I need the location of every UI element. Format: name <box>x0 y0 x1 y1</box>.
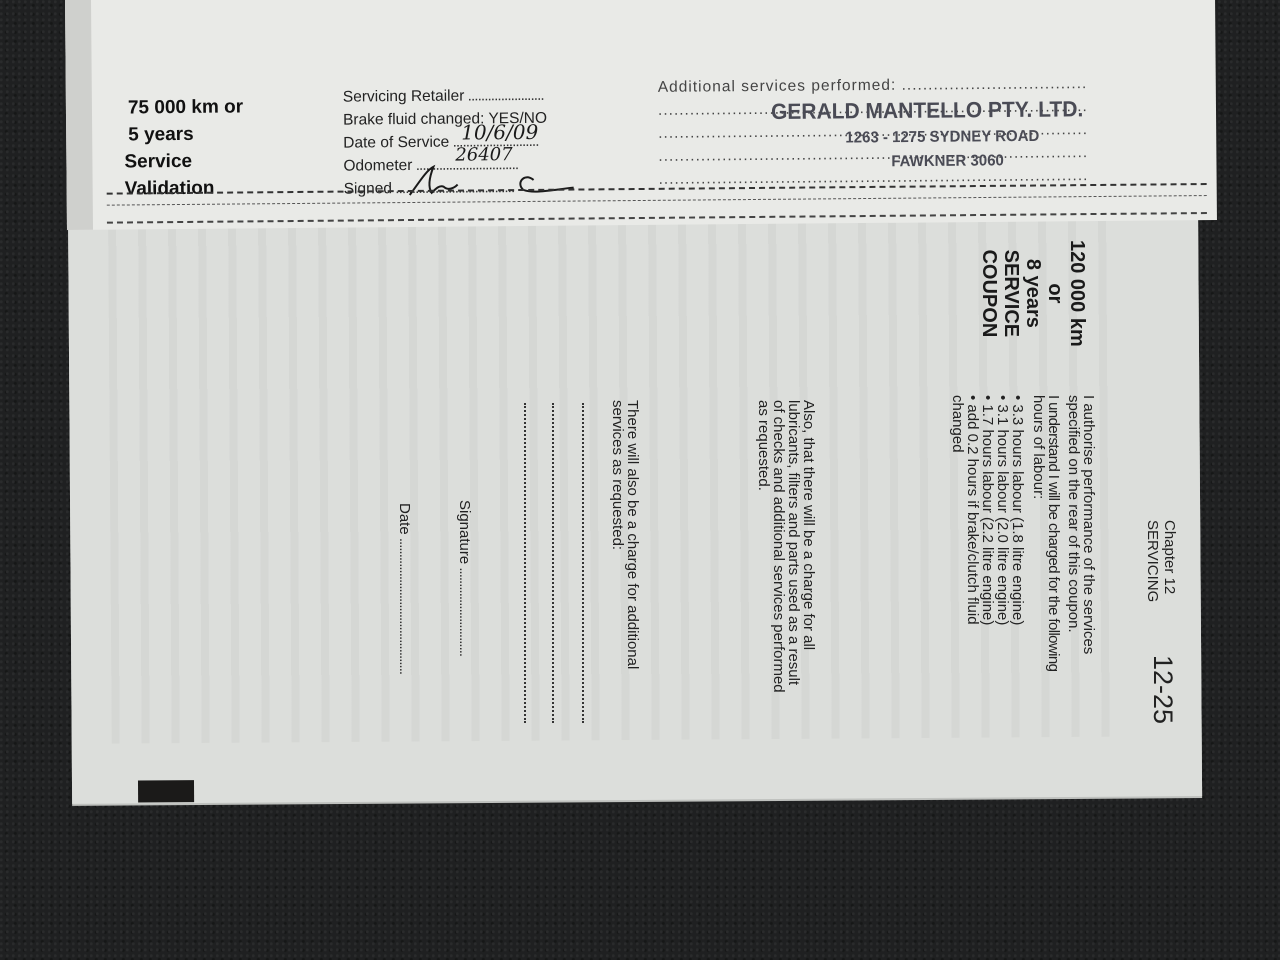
dealer-stamp: GERALD MANTELLO PTY. LTD. 1263 - 1275 SY… <box>771 97 1084 171</box>
coupon-title: 120 000 km or 8 years SERVICE COUPON <box>978 240 1088 347</box>
page-number: 12-25 <box>1147 655 1178 724</box>
date-of-service-field[interactable]: Date of Service ........................… <box>343 130 547 155</box>
also-text: Also, that there will be a charge for al… <box>756 400 816 745</box>
section-label: SERVICING <box>1145 520 1159 602</box>
handwritten-signature <box>403 161 603 199</box>
date-field[interactable]: Date ...................................… <box>397 503 412 674</box>
validation-fields: Servicing Retailer .....................… <box>343 84 548 201</box>
signature-field[interactable]: Signature ............................ <box>457 500 472 656</box>
date-of-service-value: 10/6/09 <box>461 121 538 145</box>
labour-list: • 3.3 hours labour (1.8 litre engine) • … <box>950 395 1025 745</box>
servicing-retailer-field[interactable]: Servicing Retailer .....................… <box>343 84 547 109</box>
chapter-number: Chapter 12 <box>1161 520 1178 594</box>
additional-services-line-1[interactable] <box>582 403 584 723</box>
additional-services-row[interactable]: ........................................… <box>659 167 1089 194</box>
page-edge-tab <box>138 780 194 802</box>
authorise-text: I authorise performance of the services … <box>950 395 1096 745</box>
service-validation-coupon: 75 000 km or 5 years Service Validation … <box>65 0 1217 230</box>
additional-services-line-2[interactable] <box>552 403 554 723</box>
additional-charge-text: There will also be a charge for addition… <box>610 400 640 745</box>
chapter-label: Chapter 12 <box>1162 520 1176 594</box>
validation-heading: 75 000 km or 5 years Service Validation <box>128 93 244 202</box>
booklet-binding <box>65 0 93 230</box>
page-edges <box>107 195 1207 224</box>
additional-services-line-3[interactable] <box>524 403 526 723</box>
